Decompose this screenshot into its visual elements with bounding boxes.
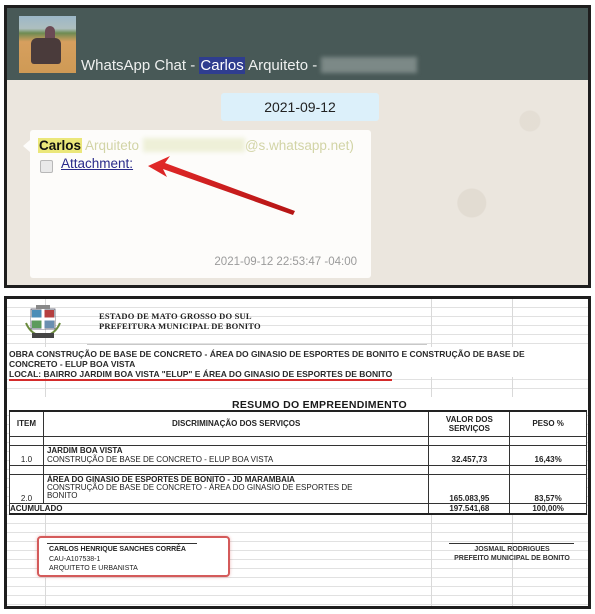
- whatsapp-export-panel: WhatsApp Chat - Carlos Arquiteto - 2021-…: [4, 5, 591, 288]
- item-2-description-line-1: CONSTRUÇÃO DE BASE DE CONCRETO - ÁREA DO…: [47, 484, 426, 492]
- table-row-group-1: JARDIM BOA VISTA: [10, 445, 587, 455]
- message-sender: CarlosArquiteto @s.whatsapp.net): [38, 138, 354, 153]
- chat-header: WhatsApp Chat - Carlos Arquiteto -: [7, 8, 588, 80]
- date-separator: 2021-09-12: [221, 93, 379, 121]
- item-2-number: 2.0: [10, 484, 44, 503]
- mayor-signature-line: [449, 543, 574, 544]
- col-header-weight: PESO %: [510, 411, 587, 436]
- mayor-name: JOSMAIL RODRIGUES: [437, 546, 587, 553]
- table-row-item-1: 1.0 CONSTRUÇÃO DE BASE DE CONCRETO - ELU…: [10, 455, 587, 465]
- chat-title-contact-rest: Arquiteto -: [245, 57, 318, 74]
- contact-avatar[interactable]: [19, 16, 76, 73]
- chat-title-prefix: WhatsApp Chat -: [81, 57, 199, 74]
- item-2-description: CONSTRUÇÃO DE BASE DE CONCRETO - ÁREA DO…: [43, 484, 429, 503]
- spacer-row: [10, 465, 587, 474]
- attachment-link[interactable]: Attachment:: [61, 156, 133, 171]
- budget-document-panel: ESTADO DE MATO GROSSO DO SUL PREFEITURA …: [4, 296, 591, 609]
- local-description-highlighted: LOCAL: BAIRRO JARDIM BOA VISTA "ELUP" E …: [9, 369, 392, 381]
- mayor-title: PREFEITO MUNICIPAL DE BONITO: [437, 555, 587, 562]
- col-header-description: DISCRIMINAÇÃO DOS SERVIÇOS: [43, 411, 429, 436]
- chat-title: WhatsApp Chat - Carlos Arquiteto -: [81, 57, 417, 74]
- sender-first-name: Carlos: [38, 138, 82, 153]
- header-divider: [87, 344, 427, 345]
- architect-signature-highlighted: CARLOS HENRIQUE SANCHES CORRÊA CAU-A1075…: [37, 536, 230, 577]
- total-weight: 100,00%: [510, 503, 587, 514]
- sender-role: Arquiteto: [85, 138, 139, 153]
- group-1-title: JARDIM BOA VISTA: [43, 445, 429, 455]
- obra-description: OBRA CONSTRUÇÃO DE BASE DE CONCRETO - ÁR…: [9, 349, 584, 369]
- table-row-item-2: 2.0 CONSTRUÇÃO DE BASE DE CONCRETO - ÁRE…: [10, 484, 587, 503]
- table-header-row: ITEM DISCRIMINAÇÃO DOS SERVIÇOS VALOR DO…: [10, 411, 587, 436]
- architect-name: CARLOS HENRIQUE SANCHES CORRÊA: [49, 546, 186, 553]
- item-1-number: 1.0: [10, 455, 44, 465]
- redacted-phone-number: [321, 57, 417, 73]
- chat-body: 2021-09-12 CarlosArquiteto @s.whatsapp.n…: [7, 80, 588, 285]
- col-header-value: VALOR DOS SERVIÇOS: [429, 411, 510, 436]
- obra-line-1: OBRA CONSTRUÇÃO DE BASE DE CONCRETO - ÁR…: [9, 349, 584, 359]
- architect-title: ARQUITETO E URBANISTA: [49, 565, 138, 572]
- col-header-item: ITEM: [10, 411, 44, 436]
- redacted-sender-id: [143, 138, 245, 152]
- obra-line-2: CONCRETO - ELUP BOA VISTA: [9, 359, 584, 369]
- item-1-description: CONSTRUÇÃO DE BASE DE CONCRETO - ELUP BO…: [43, 455, 429, 465]
- attachment-file-icon[interactable]: [40, 160, 53, 173]
- architect-registration: CAU-A107538-1: [49, 556, 100, 563]
- avatar-quad-bike-shape: [31, 38, 61, 64]
- signature-line: [47, 543, 197, 544]
- item-2-description-line-2: BONITO: [47, 492, 426, 500]
- municipal-coat-of-arms-icon: [23, 305, 63, 341]
- item-2-value: 165.083,95: [429, 484, 510, 503]
- state-name: ESTADO DE MATO GROSSO DO SUL: [99, 311, 252, 321]
- spacer-row: [10, 436, 587, 445]
- chat-title-contact-highlight: Carlos: [199, 57, 244, 74]
- message-bubble: CarlosArquiteto @s.whatsapp.net) Attachm…: [30, 130, 371, 278]
- item-1-value: 32.457,73: [429, 455, 510, 465]
- total-label: ACUMULADO: [10, 503, 429, 514]
- item-2-weight: 83,57%: [510, 484, 587, 503]
- sender-jid-suffix: @s.whatsapp.net): [245, 138, 354, 153]
- table-row-total: ACUMULADO 197.541,68 100,00%: [10, 503, 587, 514]
- municipality-name: PREFEITURA MUNICIPAL DE BONITO: [99, 321, 261, 331]
- total-value: 197.541,68: [429, 503, 510, 514]
- message-timestamp: 2021-09-12 22:53:47 -04:00: [214, 256, 357, 268]
- summary-table: ITEM DISCRIMINAÇÃO DOS SERVIÇOS VALOR DO…: [9, 410, 587, 515]
- item-1-weight: 16,43%: [510, 455, 587, 465]
